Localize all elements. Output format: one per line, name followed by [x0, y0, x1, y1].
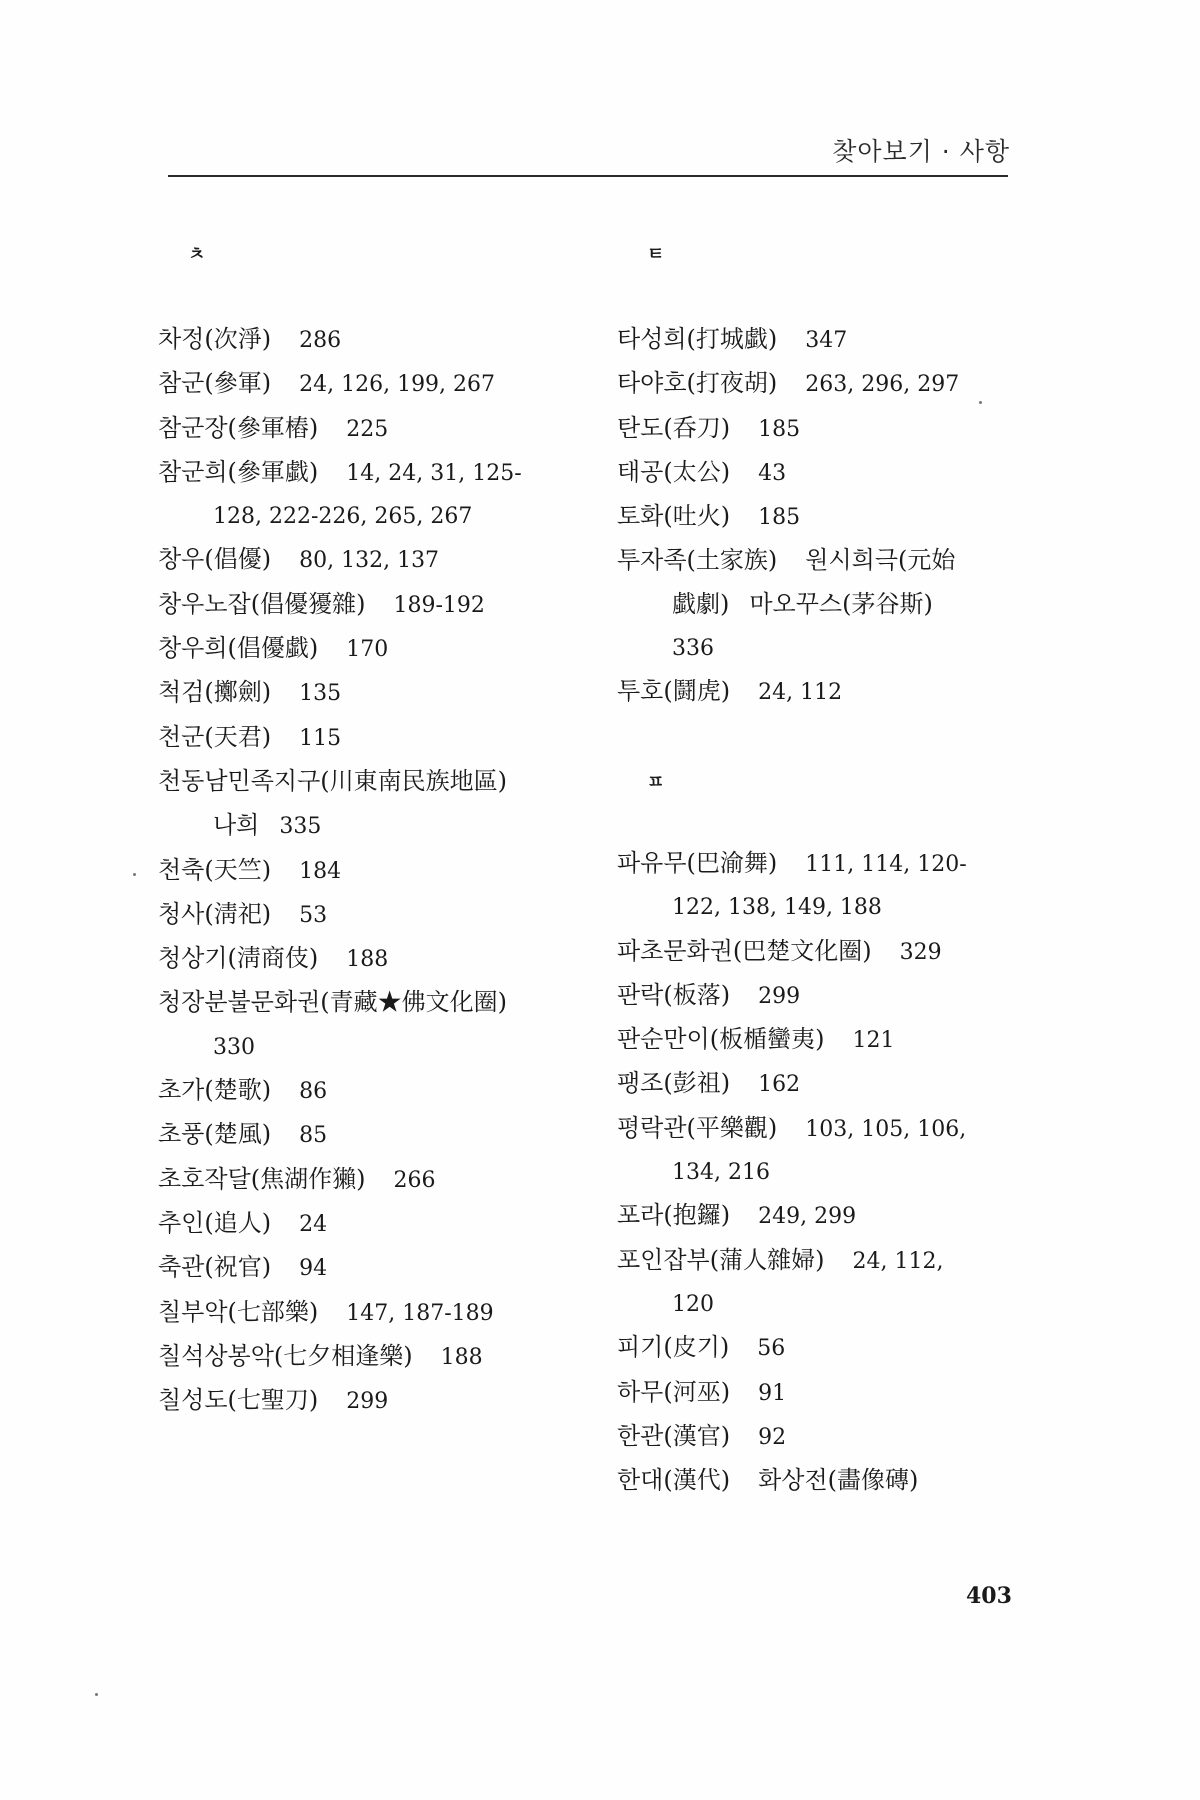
index-entry: 탄도(呑刀)185 — [617, 407, 1037, 451]
entry-continuation: 122, 138, 149, 188 — [617, 886, 1037, 929]
entry-pages: 43 — [758, 461, 786, 486]
index-entry: 청상기(淸商伎)188 — [158, 937, 598, 981]
index-entry: 차정(次淨)286 — [158, 318, 598, 362]
page-number: 403 — [966, 1583, 1012, 1609]
entry-pages-continued: 330 — [213, 1035, 255, 1060]
entry-term: 초풍(楚風) — [158, 1120, 271, 1148]
index-entry: 추인(追人)24 — [158, 1202, 598, 1246]
entry-pages: 347 — [805, 328, 847, 353]
index-entry: 칠부악(七部樂)147, 187-189 — [158, 1291, 598, 1335]
entry-term: 팽조(彭祖) — [617, 1069, 730, 1097]
entry-term: 천축(天竺) — [158, 856, 271, 884]
entry-pages: 24 — [299, 1212, 327, 1237]
index-entry: 칠석상봉악(七夕相逢樂)188 — [158, 1335, 598, 1379]
index-entry: 창우노잡(倡優獶雜)189-192 — [158, 583, 598, 627]
entry-term: 칠석상봉악(七夕相逢樂) — [158, 1342, 413, 1370]
running-head: 찾아보기 · 사항 — [832, 132, 1010, 168]
entry-pages: 121 — [852, 1028, 894, 1053]
entry-pages: 329 — [900, 940, 942, 965]
entry-term: 하무(河巫) — [617, 1378, 730, 1406]
entry-pages: 115 — [299, 726, 341, 751]
entry-pages-continued: 336 — [672, 636, 714, 661]
entry-term: 청상기(淸商伎) — [158, 944, 318, 972]
entry-term: 투호(鬪虎) — [617, 677, 730, 705]
index-entry: 타성희(打城戱)347 — [617, 318, 1037, 362]
entry-term-continued: 나희 — [213, 811, 259, 839]
index-entry: 팽조(彭祖)162 — [617, 1062, 1037, 1106]
index-entry: 칠성도(七聖刀)299 — [158, 1379, 598, 1423]
index-entry: 평락관(平樂觀)103, 105, 106, — [617, 1107, 1037, 1151]
entry-pages-continued: 335 — [279, 814, 321, 839]
entry-continuation: 330 — [158, 1026, 598, 1069]
entry-pages: 147, 187-189 — [346, 1301, 493, 1326]
index-entry: 한관(漢官)92 — [617, 1415, 1037, 1459]
entry-term: 참군(參軍) — [158, 369, 271, 397]
section-letter-pieup: ㅍ — [647, 768, 664, 794]
entry-pages-continued: 134, 216 — [672, 1160, 770, 1185]
entry-term: 한대(漢代) — [617, 1466, 730, 1494]
entry-pages: 92 — [758, 1425, 786, 1450]
index-entry: 태공(太公)43 — [617, 451, 1037, 495]
scan-speck — [95, 1693, 98, 1696]
scan-speck — [133, 873, 136, 876]
entry-pages: 299 — [758, 984, 800, 1009]
entry-term: 축관(祝官) — [158, 1253, 271, 1281]
entry-pages: 135 — [299, 681, 341, 706]
index-entry: 판락(板落)299 — [617, 974, 1037, 1018]
entry-cross-reference: 화상전(畵像磚) — [758, 1466, 918, 1494]
entry-term: 파유무(巴渝舞) — [617, 849, 777, 877]
entry-term: 창우노잡(倡優獶雜) — [158, 590, 365, 618]
entry-term: 초호작달(焦湖作獺) — [158, 1165, 365, 1193]
entry-pages: 14, 24, 31, 125- — [346, 461, 521, 486]
entry-term: 창우희(倡優戱) — [158, 634, 318, 662]
entry-continuation: 120 — [617, 1283, 1037, 1326]
entry-pages: 94 — [299, 1256, 327, 1281]
entry-pages: 184 — [299, 859, 341, 884]
entry-term: 청장분불문화권(青藏★佛文化圈) — [158, 988, 507, 1016]
entry-term: 투자족(土家族) — [617, 546, 777, 574]
entry-term: 한관(漢官) — [617, 1422, 730, 1450]
entry-pages: 185 — [758, 505, 800, 530]
entry-pages: 111, 114, 120- — [805, 852, 966, 877]
entry-term: 포인잡부(蒲人雜婦) — [617, 1246, 824, 1274]
entry-term: 칠성도(七聖刀) — [158, 1386, 318, 1414]
entry-term: 태공(太公) — [617, 458, 730, 486]
entry-list-chieut: 차정(次淨)286 참군(參軍)24, 126, 199, 267 참군장(參軍… — [158, 318, 598, 1423]
entry-pages-continued: 122, 138, 149, 188 — [672, 895, 882, 920]
section-letter-chieut: ㅊ — [188, 240, 205, 266]
entry-pages: 86 — [299, 1079, 327, 1104]
index-entry: 초가(楚歌)86 — [158, 1069, 598, 1113]
index-entry: 피기(皮기)56 — [617, 1326, 1037, 1370]
entry-term: 칠부악(七部樂) — [158, 1298, 318, 1326]
entry-pages: 299 — [346, 1389, 388, 1414]
index-entry: 축관(祝官)94 — [158, 1246, 598, 1290]
entry-term: 척검(擲劍) — [158, 678, 271, 706]
entry-pages: 80, 132, 137 — [299, 548, 439, 573]
entry-term: 차정(次淨) — [158, 325, 271, 353]
entry-pages: 189-192 — [393, 593, 484, 618]
entry-term: 판락(板落) — [617, 981, 730, 1009]
index-entry: 척검(擲劍)135 — [158, 671, 598, 715]
section-letter-tieut: ㅌ — [647, 240, 664, 266]
entry-term: 평락관(平樂觀) — [617, 1114, 777, 1142]
index-entry: 판순만이(板楯蠻夷)121 — [617, 1018, 1037, 1062]
index-entry: 타야호(打夜胡)263, 296, 297 — [617, 362, 1037, 406]
index-entry: 천축(天竺)184 — [158, 849, 598, 893]
entry-list-pieup: 파유무(巴渝舞)111, 114, 120- 122, 138, 149, 18… — [617, 842, 1037, 1502]
entry-cross-reference-continued: 마오꾸스(茅谷斯) — [749, 590, 932, 618]
entry-continuation: 戱劇)마오꾸스(茅谷斯) — [617, 583, 1037, 627]
entry-pages: 286 — [299, 328, 341, 353]
index-entry: 포라(抱鑼)249, 299 — [617, 1194, 1037, 1238]
entry-term: 타성희(打城戱) — [617, 325, 777, 353]
entry-term: 판순만이(板楯蠻夷) — [617, 1025, 824, 1053]
entry-list-tieut: 타성희(打城戱)347 타야호(打夜胡)263, 296, 297 탄도(呑刀)… — [617, 318, 1037, 715]
entry-pages-continued: 120 — [672, 1292, 714, 1317]
entry-pages: 24, 112 — [758, 680, 842, 705]
entry-pages: 24, 112, — [852, 1249, 943, 1274]
entry-pages: 103, 105, 106, — [805, 1117, 966, 1142]
index-entry: 창우(倡優)80, 132, 137 — [158, 538, 598, 582]
index-entry: 청사(淸祀)53 — [158, 893, 598, 937]
entry-pages: 188 — [441, 1345, 483, 1370]
index-entry: 파초문화권(巴楚文化圈)329 — [617, 930, 1037, 974]
entry-term: 청사(淸祀) — [158, 900, 271, 928]
index-entry: 천동남민족지구(川東南民族地區) — [158, 760, 598, 804]
entry-term: 토화(吐火) — [617, 502, 730, 530]
entry-term: 타야호(打夜胡) — [617, 369, 777, 397]
entry-term: 창우(倡優) — [158, 545, 271, 573]
entry-pages: 266 — [393, 1168, 435, 1193]
index-entry: 참군장(參軍樁)225 — [158, 407, 598, 451]
entry-term: 천동남민족지구(川東南民族地區) — [158, 767, 507, 795]
entry-pages-continued: 128, 222-226, 265, 267 — [213, 504, 472, 529]
index-entry: 투호(鬪虎)24, 112 — [617, 670, 1037, 714]
entry-pages: 91 — [758, 1381, 786, 1406]
entry-term: 참군희(參軍戱) — [158, 458, 318, 486]
entry-pages: 249, 299 — [758, 1204, 856, 1229]
index-entry: 참군희(參軍戱)14, 24, 31, 125- — [158, 451, 598, 495]
index-entry: 초풍(楚風)85 — [158, 1113, 598, 1157]
entry-pages: 24, 126, 199, 267 — [299, 372, 495, 397]
entry-continuation: 나희335 — [158, 804, 598, 848]
index-entry: 창우희(倡優戱)170 — [158, 627, 598, 671]
header-rule — [168, 175, 1008, 177]
index-entry: 참군(參軍)24, 126, 199, 267 — [158, 362, 598, 406]
index-entry: 파유무(巴渝舞)111, 114, 120- — [617, 842, 1037, 886]
entry-continuation: 336 — [617, 627, 1037, 670]
entry-pages: 56 — [757, 1336, 785, 1361]
entry-continuation: 134, 216 — [617, 1151, 1037, 1194]
index-page: 찾아보기 · 사항 ㅊ 차정(次淨)286 참군(參軍)24, 126, 199… — [0, 0, 1200, 1800]
entry-cross-reference: 원시희극(元始 — [805, 546, 955, 574]
entry-term: 포라(抱鑼) — [617, 1201, 730, 1229]
entry-pages: 263, 296, 297 — [805, 372, 959, 397]
entry-continuation: 128, 222-226, 265, 267 — [158, 495, 598, 538]
index-entry: 하무(河巫)91 — [617, 1371, 1037, 1415]
index-entry: 초호작달(焦湖作獺)266 — [158, 1158, 598, 1202]
index-entry: 천군(天君)115 — [158, 716, 598, 760]
entry-pages: 185 — [758, 417, 800, 442]
index-entry: 한대(漢代)화상전(畵像磚) — [617, 1459, 1037, 1502]
entry-term: 추인(追人) — [158, 1209, 271, 1237]
entry-pages: 225 — [346, 417, 388, 442]
entry-pages: 170 — [346, 637, 388, 662]
entry-pages: 162 — [758, 1072, 800, 1097]
entry-term: 참군장(參軍樁) — [158, 414, 318, 442]
scan-speck — [979, 401, 982, 404]
entry-term: 천군(天君) — [158, 723, 271, 751]
index-entry: 청장분불문화권(青藏★佛文化圈) — [158, 981, 598, 1025]
entry-term-continued: 戱劇) — [672, 590, 729, 618]
entry-pages: 53 — [299, 903, 327, 928]
index-entry: 투자족(土家族)원시희극(元始 — [617, 539, 1037, 582]
index-entry: 포인잡부(蒲人雜婦)24, 112, — [617, 1239, 1037, 1283]
entry-pages: 85 — [299, 1123, 327, 1148]
entry-term: 탄도(呑刀) — [617, 414, 730, 442]
index-entry: 토화(吐火)185 — [617, 495, 1037, 539]
entry-pages: 188 — [346, 947, 388, 972]
entry-term: 파초문화권(巴楚文化圈) — [617, 937, 872, 965]
entry-term: 피기(皮기) — [617, 1333, 729, 1361]
entry-term: 초가(楚歌) — [158, 1076, 271, 1104]
